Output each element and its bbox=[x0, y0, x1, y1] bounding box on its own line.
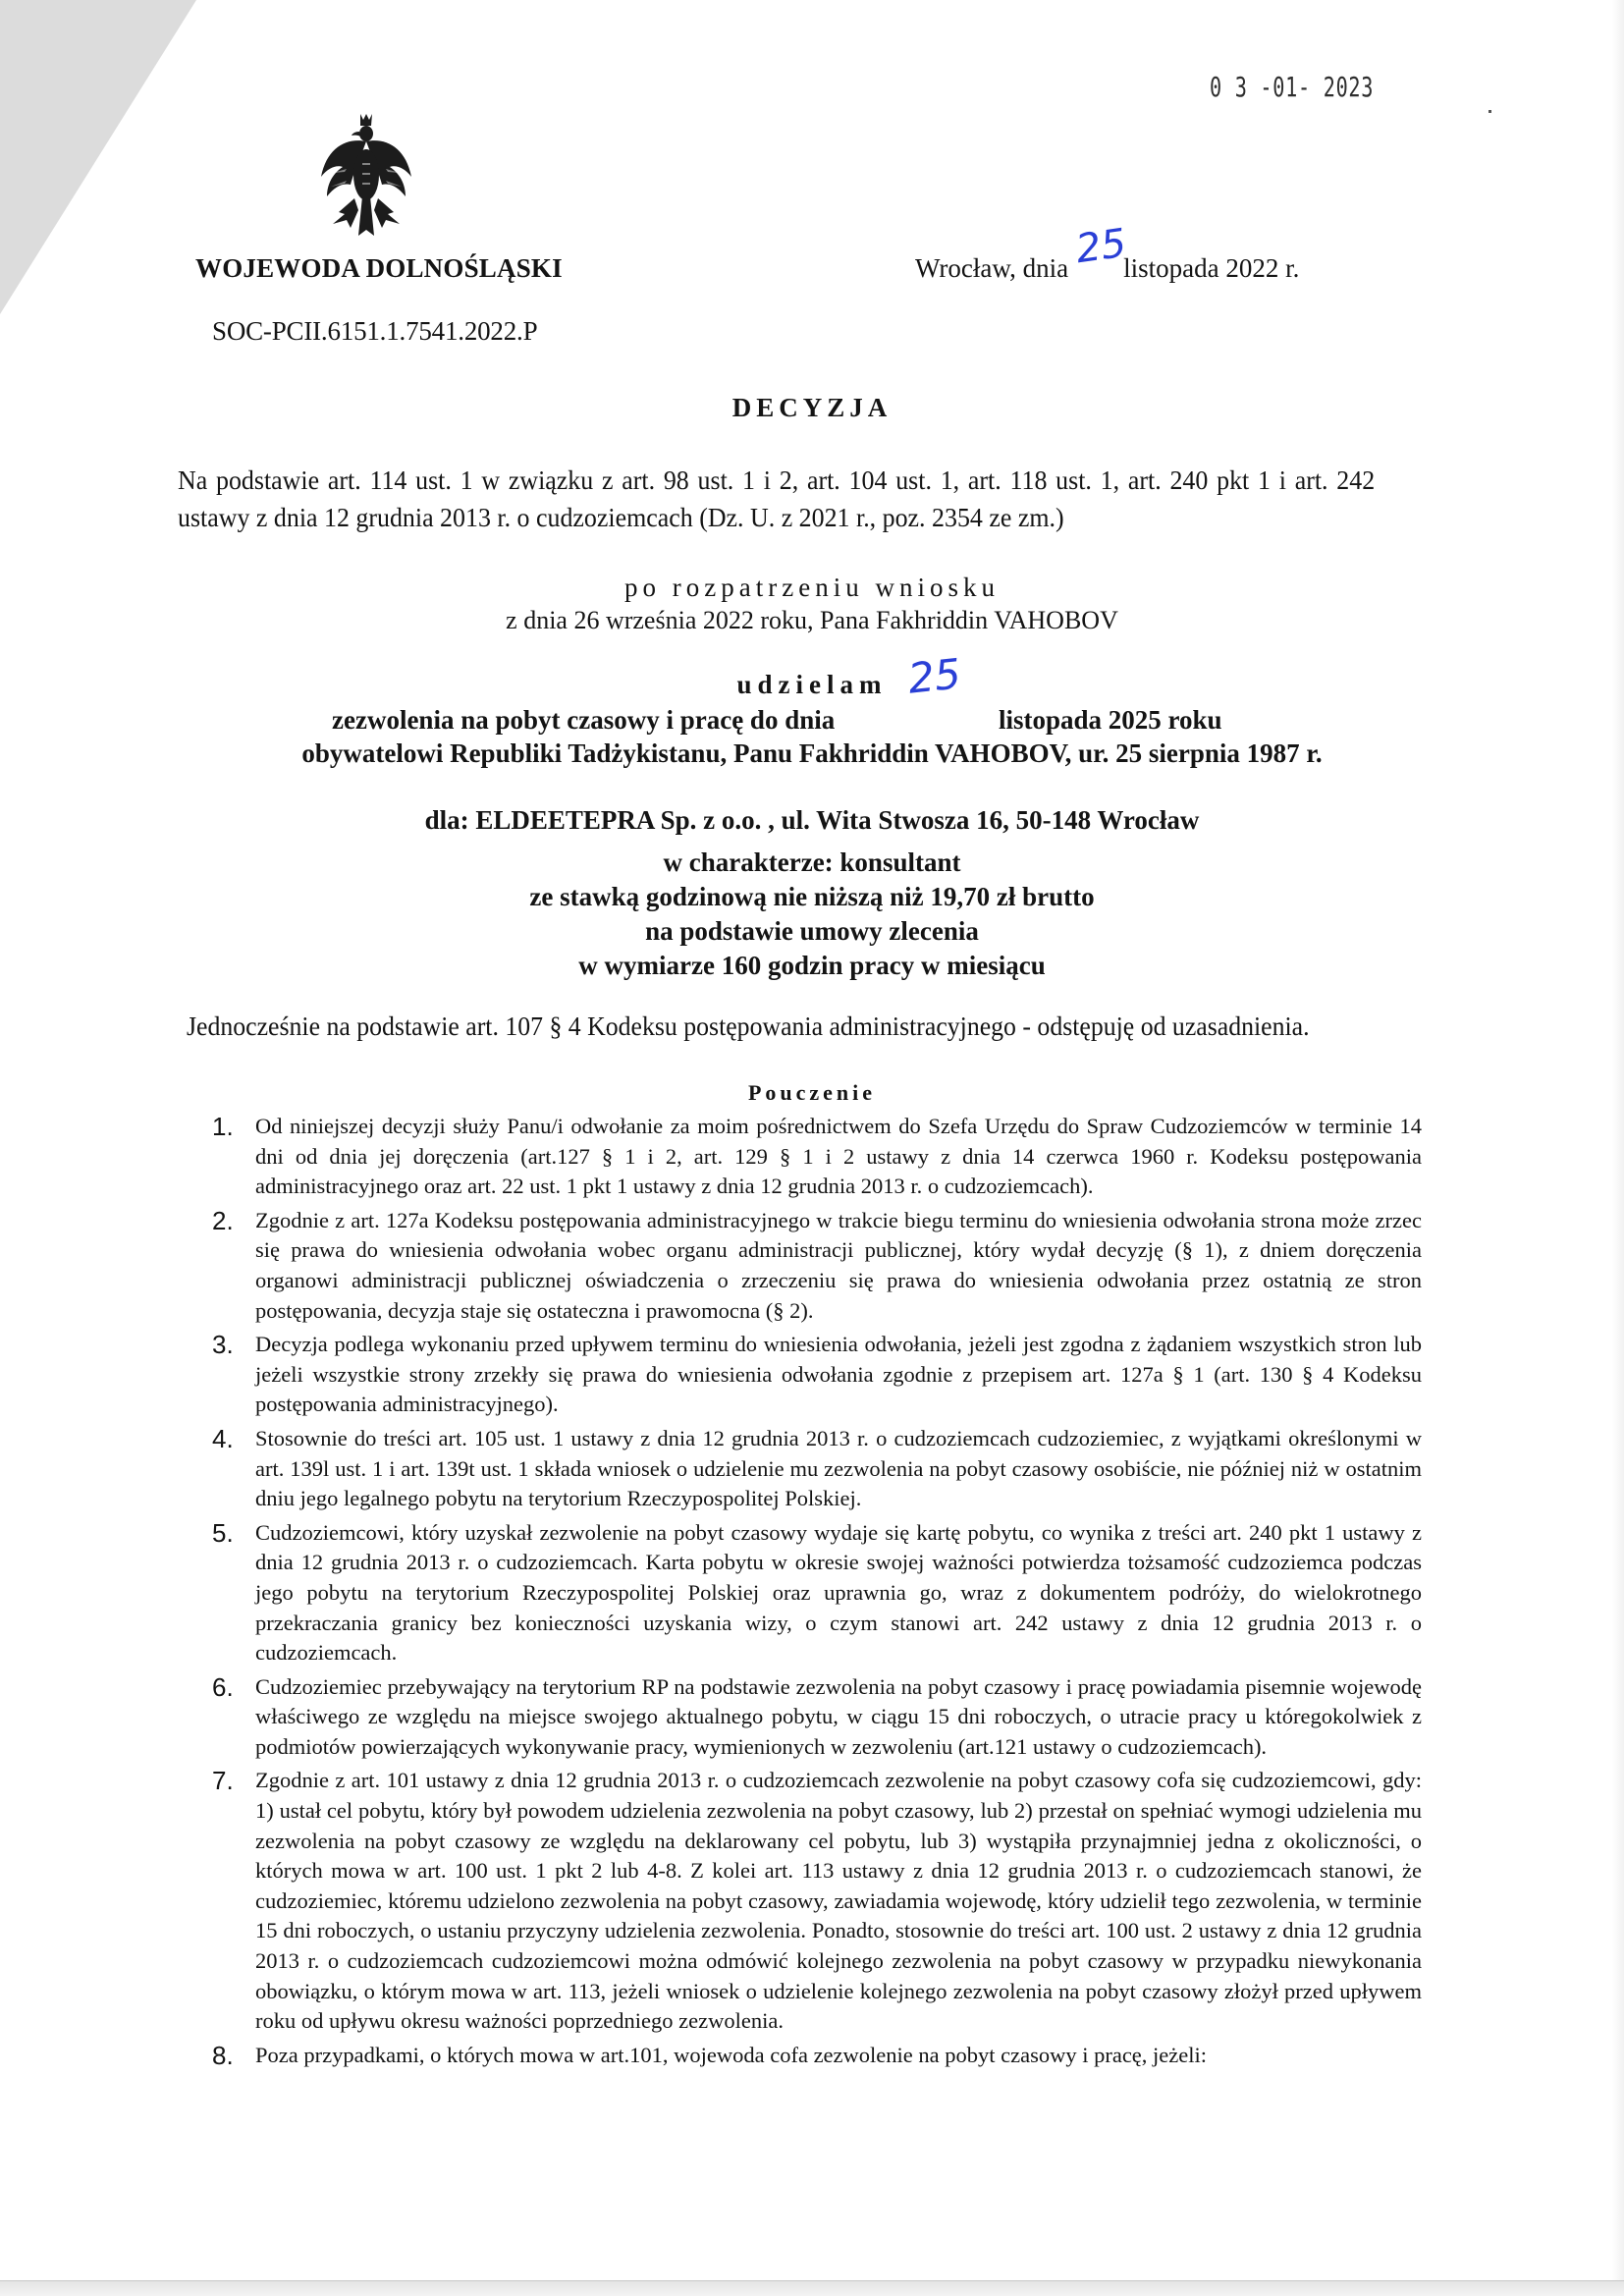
working-hours: w wymiarze 160 godzin pracy w miesiącu bbox=[0, 949, 1624, 983]
instruction-number: 7. bbox=[212, 1766, 234, 1796]
instruction-item: 7.Zgodnie z art. 101 ustawy z dnia 12 gr… bbox=[177, 1766, 1422, 2036]
instruction-item: 3.Decyzja podlega wykonaniu przed upływe… bbox=[177, 1330, 1422, 1420]
place-prefix: Wrocław, dnia bbox=[915, 253, 1068, 283]
scan-edge bbox=[1612, 0, 1624, 2296]
instruction-number: 8. bbox=[212, 2041, 234, 2071]
hourly-rate: ze stawką godzinową nie niższą niż 19,70… bbox=[0, 880, 1624, 914]
handwritten-issue-day: 25 bbox=[1073, 221, 1129, 273]
handwritten-permit-day: 25 bbox=[906, 649, 963, 702]
scan-corner-shadow bbox=[0, 0, 196, 314]
grant-heading: udzielam bbox=[0, 670, 1624, 700]
after-review-heading: po rozpatrzeniu wniosku bbox=[0, 573, 1624, 603]
received-date-stamp: 0 3 -01- 2023 bbox=[1210, 71, 1374, 103]
polish-eagle-emblem-icon bbox=[317, 108, 415, 247]
job-role: w charakterze: konsultant bbox=[0, 846, 1624, 880]
instruction-item: 8.Poza przypadkami, o których mowa w art… bbox=[177, 2041, 1422, 2071]
instruction-number: 2. bbox=[212, 1206, 234, 1236]
instruction-item: 6.Cudzoziemiec przebywający na terytoriu… bbox=[177, 1672, 1422, 1763]
document-title: DECYZJA bbox=[0, 393, 1624, 423]
instruction-number: 3. bbox=[212, 1330, 234, 1360]
instruction-item: 5.Cudzoziemcowi, który uzyskał zezwoleni… bbox=[177, 1518, 1422, 1668]
instruction-text: Decyzja podlega wykonaniu przed upływem … bbox=[255, 1332, 1422, 1416]
instruction-number: 1. bbox=[212, 1112, 234, 1142]
legal-basis: Na podstawie art. 114 ust. 1 w związku z… bbox=[178, 462, 1375, 536]
stamp-dot bbox=[1489, 110, 1491, 113]
instruction-item: 4.Stosownie do treści art. 105 ust. 1 us… bbox=[177, 1424, 1422, 1514]
instruction-text: Cudzoziemiec przebywający na terytorium … bbox=[255, 1674, 1422, 1759]
instruction-text: Zgodnie z art. 101 ustawy z dnia 12 grud… bbox=[255, 1768, 1422, 2033]
permit-holder: obywatelowi Republiki Tadżykistanu, Panu… bbox=[0, 738, 1624, 769]
case-number: SOC-PCII.6151.1.7541.2022.P bbox=[212, 316, 537, 347]
instruction-text: Stosownie do treści art. 105 ust. 1 usta… bbox=[255, 1426, 1422, 1510]
instructions-title: Pouczenie bbox=[0, 1080, 1624, 1106]
instruction-text: Od niniejszej decyzji służy Panu/i odwoł… bbox=[255, 1114, 1422, 1198]
justification-waiver: Jednocześnie na podstawie art. 107 § 4 K… bbox=[187, 1011, 1310, 1042]
instruction-text: Poza przypadkami, o których mowa w art.1… bbox=[255, 2043, 1207, 2067]
place-suffix: listopada 2022 r. bbox=[1123, 253, 1299, 283]
instructions-list: 1.Od niniejszej decyzji służy Panu/i odw… bbox=[177, 1112, 1422, 2074]
application-line: z dnia 26 września 2022 roku, Pana Fakhr… bbox=[0, 606, 1624, 635]
permit-end-date: listopada 2025 roku bbox=[999, 705, 1222, 736]
instruction-number: 6. bbox=[212, 1672, 234, 1703]
employer-name: dla: ELDEETEPRA Sp. z o.o. , ul. Wita St… bbox=[0, 803, 1624, 838]
instruction-item: 2.Zgodnie z art. 127a Kodeksu postępowan… bbox=[177, 1206, 1422, 1326]
issuing-authority: WOJEWODA DOLNOŚLĄSKI bbox=[195, 253, 563, 284]
contract-type: na podstawie umowy zlecenia bbox=[0, 914, 1624, 949]
instruction-number: 5. bbox=[212, 1518, 234, 1549]
scan-bottom-edge bbox=[0, 2280, 1624, 2296]
employer-details: dla: ELDEETEPRA Sp. z o.o. , ul. Wita St… bbox=[0, 803, 1624, 983]
permit-type: zezwolenia na pobyt czasowy i pracę do d… bbox=[332, 705, 835, 736]
instruction-number: 4. bbox=[212, 1424, 234, 1454]
instruction-text: Zgodnie z art. 127a Kodeksu postępowania… bbox=[255, 1208, 1422, 1323]
instruction-text: Cudzoziemcowi, który uzyskał zezwolenie … bbox=[255, 1520, 1422, 1665]
instruction-item: 1.Od niniejszej decyzji służy Panu/i odw… bbox=[177, 1112, 1422, 1202]
